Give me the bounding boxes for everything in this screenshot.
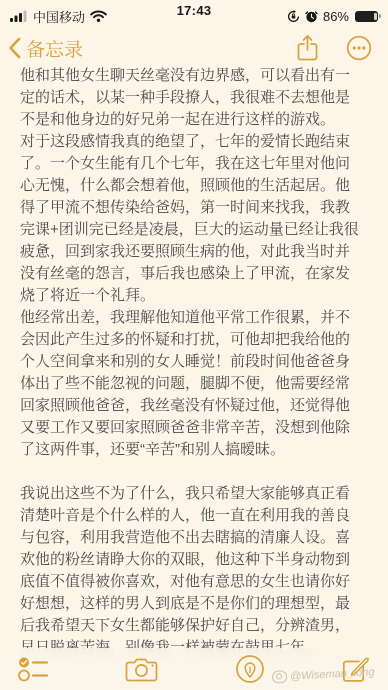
note-paragraph: 他经常出差，我理解他知道他平常工作很累，并不 会因此产生过多的怀疑和打扰，可他却… bbox=[20, 307, 368, 461]
back-button[interactable]: 备忘录 bbox=[8, 35, 83, 62]
wifi-icon bbox=[90, 10, 107, 22]
back-chevron-icon bbox=[8, 37, 21, 59]
note-paragraph: 我说出这些不为了什么，我只希望大家能够真正看 清楚叶音是个什么样的人，他一直在利… bbox=[20, 483, 368, 659]
snail-icon bbox=[271, 670, 287, 684]
alarm-icon bbox=[305, 10, 318, 23]
checklist-button[interactable] bbox=[18, 656, 49, 682]
share-button[interactable] bbox=[296, 34, 319, 62]
camera-button[interactable] bbox=[125, 657, 158, 682]
note-paragraph: 对于这段感情我真的绝望了，七年的爱情长跑结束 了。一个女生能有几个七年，我在这七… bbox=[20, 131, 368, 307]
battery-percent-label: 86% bbox=[323, 9, 349, 24]
notes-app-screen: 中国移动 17:43 bbox=[0, 0, 388, 690]
note-content[interactable]: 他和其他女生聊天丝毫没有边界感，可以看出有一 定的话术，以某一种手段撩人，我很难… bbox=[0, 60, 388, 690]
status-bar: 中国移动 17:43 bbox=[0, 0, 388, 29]
back-label: 备忘录 bbox=[26, 35, 83, 62]
signal-bars-icon bbox=[10, 10, 28, 22]
carrier-label: 中国移动 bbox=[33, 7, 85, 26]
more-options-button[interactable] bbox=[346, 35, 372, 61]
orientation-lock-icon bbox=[287, 10, 300, 23]
markup-pen-button[interactable] bbox=[235, 654, 265, 684]
note-paragraph: 他和其他女生聊天丝毫没有边界感，可以看出有一 定的话术，以某一种手段撩人，我很难… bbox=[20, 65, 368, 131]
battery-icon bbox=[355, 11, 378, 22]
